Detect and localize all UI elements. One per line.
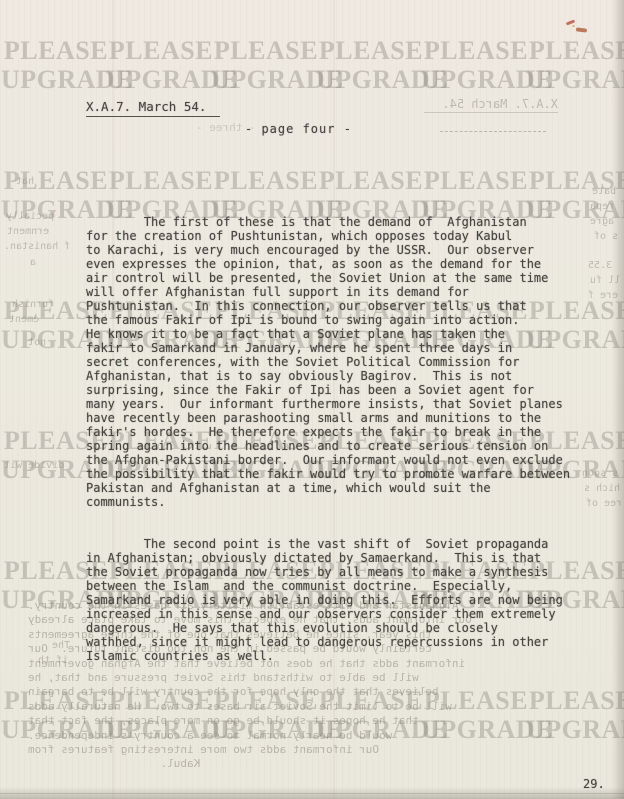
watermark-please-upgrade: PLEASEUPGRADE bbox=[106, 36, 216, 94]
bleedthrough-header-ref: X.A.7. March 54. bbox=[424, 97, 558, 113]
watermark-please-upgrade: PLEASEUPGRADE bbox=[526, 36, 624, 94]
body-text: The first of these is that the demand of… bbox=[86, 187, 606, 691]
paragraph-1: The first of these is that the demand of… bbox=[86, 215, 606, 509]
scanned-document-page: PLEASEUPGRADEPLEASEUPGRADEPLEASEUPGRADEP… bbox=[0, 0, 624, 799]
pen-dot-mark bbox=[572, 25, 575, 27]
bleedthrough-fragment: The bbox=[52, 640, 70, 651]
bleedthrough-fragment: f hanistan. bbox=[4, 241, 70, 252]
paper-bottom-edge bbox=[0, 793, 624, 794]
watermark-please-upgrade: PLEASEUPGRADE bbox=[421, 36, 531, 94]
bleedthrough-fragment: ement bbox=[9, 314, 39, 325]
page-label: - page four - bbox=[245, 122, 352, 136]
bleedthrough-underline bbox=[440, 131, 546, 132]
bleedthrough-fragment: if th bbox=[38, 655, 68, 666]
bleedthrough-fragment: ernment bbox=[7, 226, 49, 237]
bleedthrough-fragment: pecially bbox=[6, 211, 54, 222]
document-reference: X.A.7. March 54. bbox=[86, 99, 220, 117]
page-number: 29. bbox=[583, 777, 605, 791]
scan-edge-right bbox=[612, 0, 624, 799]
bleedthrough-fragment: hat bbox=[16, 176, 34, 187]
scan-edge-bottom bbox=[0, 787, 624, 799]
watermark-please-upgrade: PLEASEUPGRADE bbox=[211, 36, 321, 94]
red-pen-mark bbox=[576, 27, 587, 32]
bleedthrough-fragment: not bbox=[28, 337, 46, 348]
bleedthrough-fragment: divide wit bbox=[4, 460, 64, 471]
paragraph-2: The second point is the vast shift of So… bbox=[86, 537, 606, 663]
bleedthrough-fragment: a bbox=[30, 257, 36, 268]
watermark-please-upgrade: PLEASEUPGRADE bbox=[1, 36, 111, 94]
bleedthrough-fragment: furnish bbox=[12, 299, 54, 310]
